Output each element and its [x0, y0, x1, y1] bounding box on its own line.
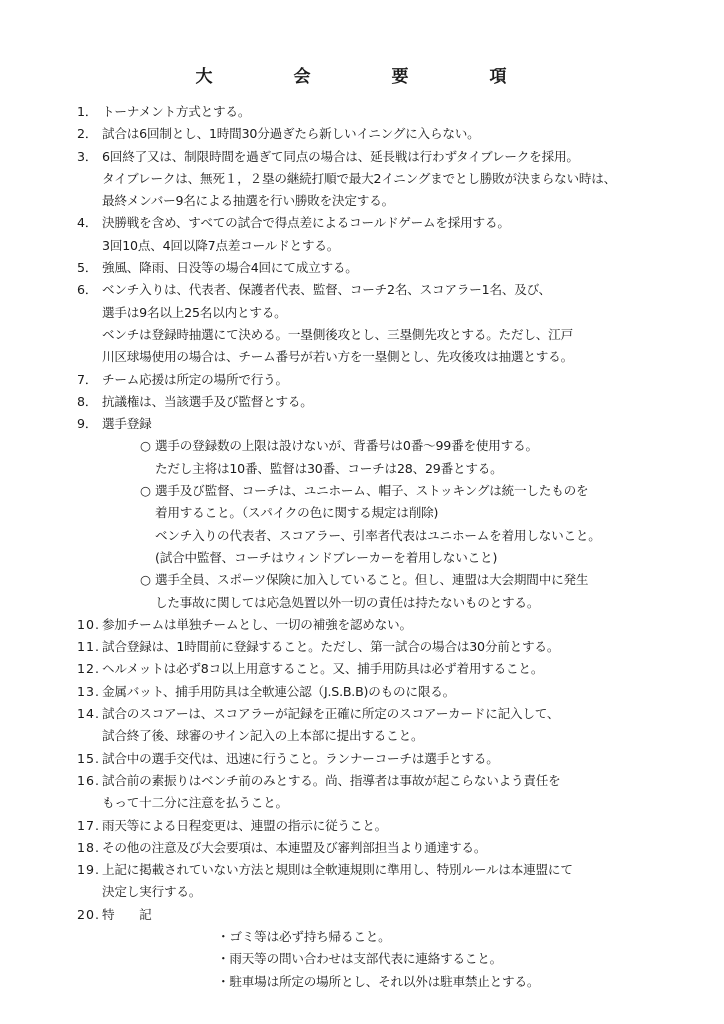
rule-3-cont: 最終メンバー9名による抽選を行い勝敗を決定する。: [77, 190, 677, 212]
rule-9: 9．選手登録: [77, 413, 677, 435]
rule-9-subitem-cont: ベンチ入りの代表者、スコアラー、引率者代表はユニホームを着用しないこと。: [77, 525, 677, 547]
rule-6-cont: ベンチは登録時抽選にて決める。一塁側後攻とし、三塁側先攻とする。ただし、江戸: [77, 324, 677, 346]
rule-9-subitem-cont: ただし主将は10番、監督は30番、コーチは28、29番とする。: [77, 458, 677, 480]
rule-2: 2．試合は6回制とし、1時間30分過ぎたら新しいイニングに入らない。: [77, 123, 677, 145]
rule-16-cont: もって十二分に注意を払うこと。: [77, 792, 677, 814]
rule-1: 1．トーナメント方式とする。: [77, 101, 677, 123]
rule-11: 11.試合登録は、1時間前に登録すること。ただし、第一試合の場合は30分前とする…: [77, 636, 677, 658]
title-char: 項: [449, 62, 547, 87]
special-note: ・雨天等の問い合わせは支部代表に連絡すること。: [77, 948, 677, 970]
page-title: 大 会 要 項: [0, 62, 724, 87]
rule-13: 13.金属バット、捕手用防具は全軟連公認（J.S.B.B)のものに限る。: [77, 681, 677, 703]
rule-14: 14.試合のスコアーは、スコアラーが記録を正確に所定のスコアーカードに記入して、: [77, 703, 677, 725]
rule-12: 12.ヘルメットは必ず8コ以上用意すること。又、捕手用防具は必ず着用すること。: [77, 658, 677, 680]
special-note: ・ゴミ等は必ず持ち帰ること。: [77, 926, 677, 948]
circle-bullet-icon: ○: [140, 480, 155, 502]
rule-16: 16.試合前の素振りはベンチ前のみとする。尚、指導者は事故が起こらないよう責任を: [77, 770, 677, 792]
rule-7: 7．チーム応援は所定の場所で行う。: [77, 369, 677, 391]
circle-bullet-icon: ○: [140, 569, 155, 591]
rule-9-subitem-cont: (試合中監督、コーチはウィンドブレーカーを着用しないこと): [77, 547, 677, 569]
special-note: ・駐車場は所定の場所とし、それ以外は駐車禁止とする。: [77, 971, 677, 993]
rule-3: 3．6回終了又は、制限時間を過ぎて同点の場合は、延長戦は行わずタイブレークを採用…: [77, 146, 677, 168]
rule-8: 8．抗議権は、当該選手及び監督とする。: [77, 391, 677, 413]
rule-9-subitem: ○選手及び監督、コーチは、ユニホーム、帽子、ストッキングは統一したものを: [77, 480, 677, 502]
rule-6-cont: 川区球場使用の場合は、チーム番号が若い方を一塁側とし、先攻後攻は抽選とする。: [77, 346, 677, 368]
rule-9-subitem: ○選手全員、スポーツ保険に加入していること。但し、連盟は大会期間中に発生: [77, 569, 677, 591]
rule-4-cont: 3回10点、4回以降7点差コールドとする。: [77, 235, 677, 257]
rule-17: 17.雨天等による日程変更は、連盟の指示に従うこと。: [77, 815, 677, 837]
rule-9-subitem: ○選手の登録数の上限は設けないが、背番号は0番～99番を使用する。: [77, 435, 677, 457]
title-char: 要: [351, 62, 449, 87]
rule-19: 19.上記に掲載されていない方法と規則は全軟連規則に準用し、特別ルールは本連盟に…: [77, 859, 677, 881]
rule-4: 4．決勝戦を含め、すべての試合で得点差によるコールドゲームを採用する。: [77, 212, 677, 234]
rule-6: 6．ベンチ入りは、代表者、保護者代表、監督、コーチ2名、スコアラー1名、及び、: [77, 279, 677, 301]
circle-bullet-icon: ○: [140, 435, 155, 457]
document-page: 大 会 要 項 1．トーナメント方式とする。 2．試合は6回制とし、1時間30分…: [0, 0, 724, 1024]
rule-15: 15.試合中の選手交代は、迅速に行うこと。ランナーコーチは選手とする。: [77, 748, 677, 770]
rule-9-subitem-cont: した事故に関しては応急処置以外一切の責任は持たないものとする。: [77, 592, 677, 614]
rule-20: 20.特 記: [77, 904, 677, 926]
rule-3-cont: タイブレークは、無死１，２塁の継続打順で最大2イニングまでとし勝敗が決まらない時…: [77, 168, 677, 190]
rules-list: 1．トーナメント方式とする。 2．試合は6回制とし、1時間30分過ぎたら新しいイ…: [77, 101, 677, 993]
rule-19-cont: 決定し実行する。: [77, 881, 677, 903]
rule-14-cont: 試合終了後、球審のサイン記入の上本部に提出すること。: [77, 725, 677, 747]
rule-10: 10.参加チームは単独チームとし、一切の補強を認めない。: [77, 614, 677, 636]
rule-6-cont: 選手は9名以上25名以内とする。: [77, 302, 677, 324]
rule-18: 18.その他の注意及び大会要項は、本連盟及び審判部担当より通達する。: [77, 837, 677, 859]
rule-9-subitem-cont: 着用すること。（スパイクの色に関する規定は削除): [77, 502, 677, 524]
title-char: 会: [253, 62, 351, 87]
rule-5: 5．強風、降雨、日没等の場合4回にて成立する。: [77, 257, 677, 279]
title-char: 大: [155, 62, 253, 87]
